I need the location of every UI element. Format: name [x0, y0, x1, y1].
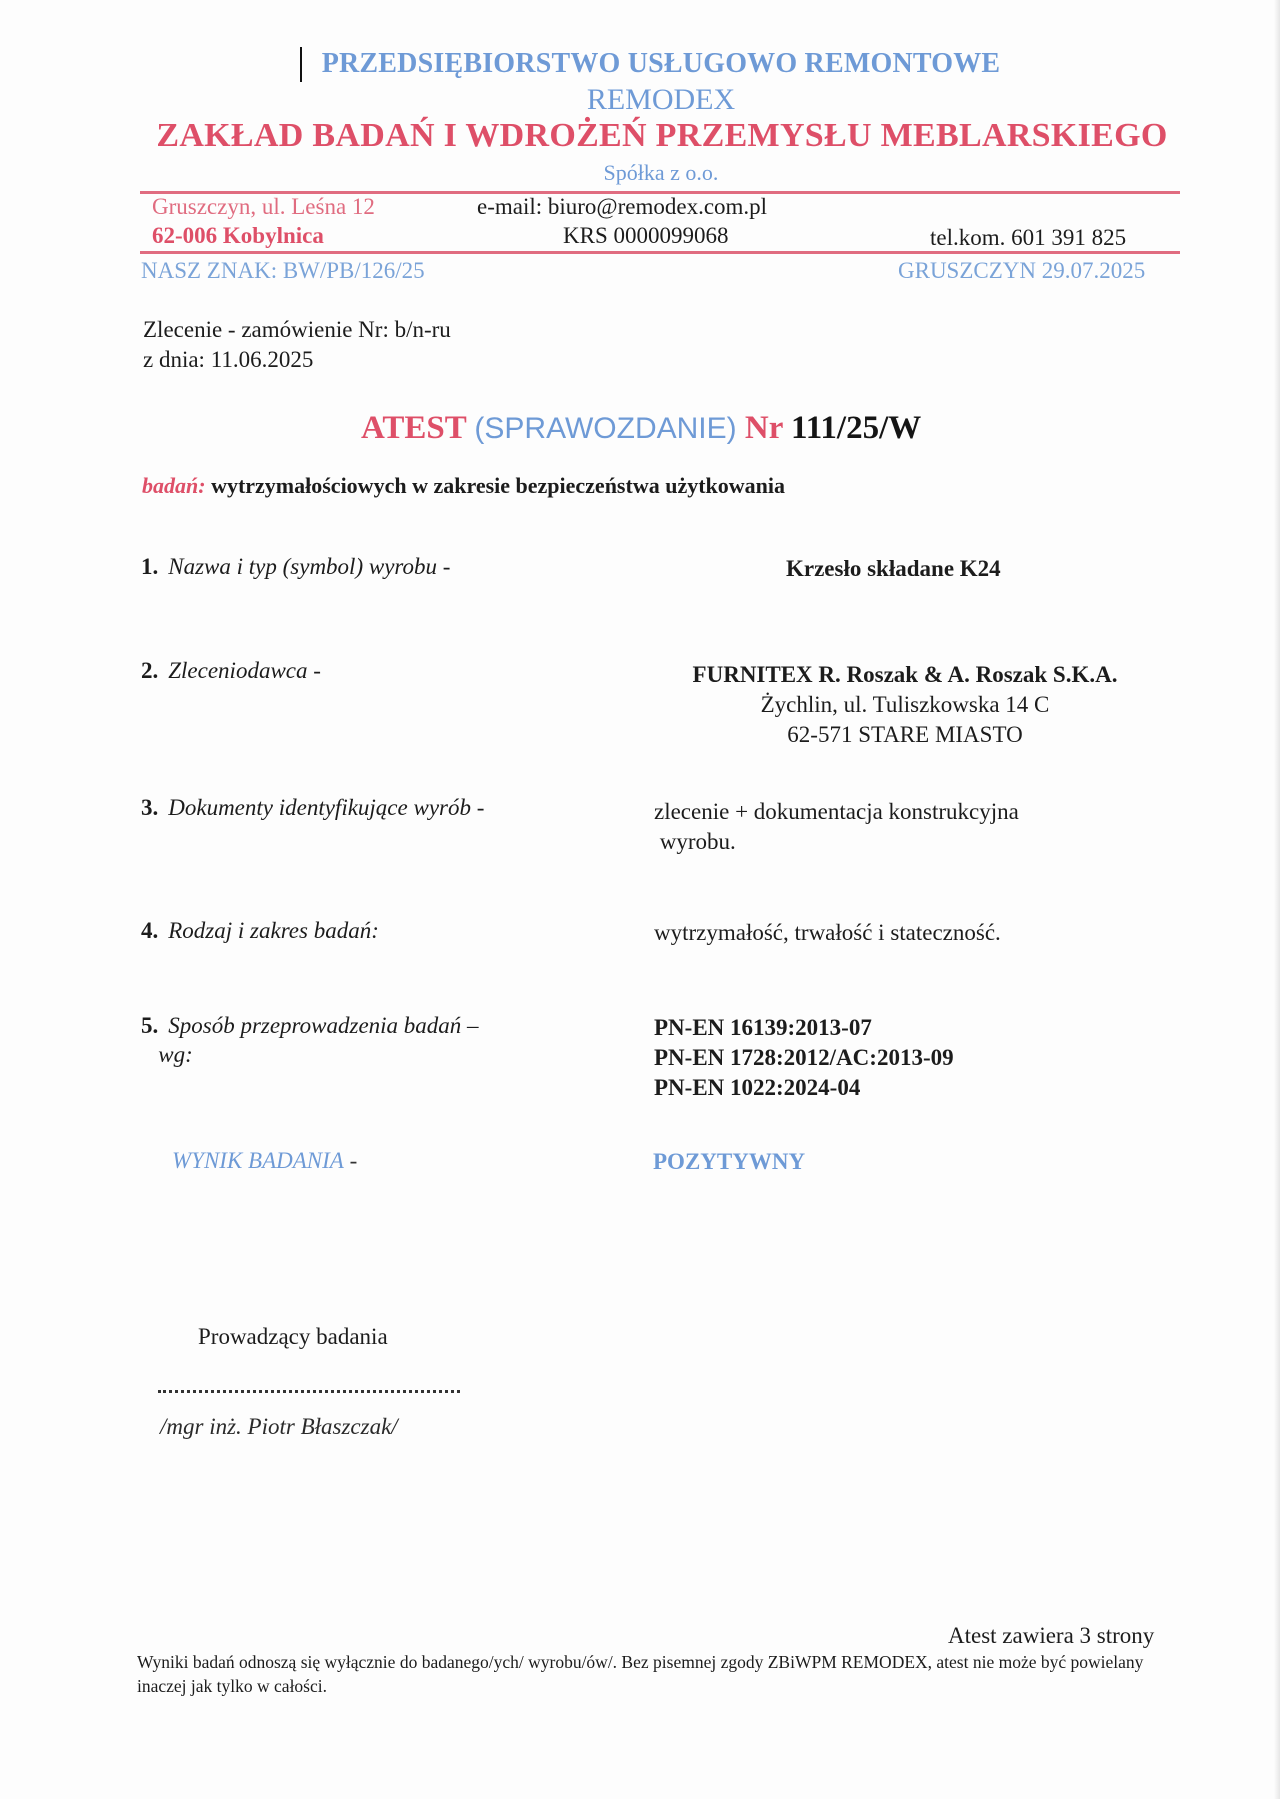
item-number: 4. — [141, 918, 158, 943]
place-date: GRUSZCZYN 29.07.2025 — [898, 258, 1145, 284]
item-label: 5.Sposób przeprowadzenia badań – wg: — [141, 1011, 479, 1069]
document-subtitle: badań: wytrzymałościowych w zakresie bez… — [142, 473, 785, 499]
result-value: POZYTYWNY — [653, 1149, 805, 1175]
item-label-text: Zleceniodawca - — [168, 658, 321, 683]
signature-name: /mgr inż. Piotr Błaszczak/ — [160, 1414, 398, 1440]
standard: PN-EN 16139:2013-07 — [654, 1013, 954, 1043]
signature-role: Prowadzący badania — [198, 1324, 388, 1350]
result-label: WYNIK BADANIA - — [172, 1148, 357, 1174]
order-number: Zlecenie - zamówienie Nr: b/n-ru — [143, 317, 451, 343]
company-type: PRZEDSIĘBIORSTWO USŁUGOWO REMONTOWE — [0, 48, 1280, 80]
krs-number: KRS 0000099068 — [563, 223, 729, 249]
item-label-text: Dokumenty identyfikujące wyrób - — [168, 795, 484, 820]
page-count-note: Atest zawiera 3 strony — [948, 1623, 1154, 1649]
client-block: FURNITEX R. Roszak & A. Roszak S.K.A. Ży… — [600, 660, 1210, 750]
client-address: Żychlin, ul. Tuliszkowska 14 C — [600, 690, 1210, 720]
subtitle-label: badań: — [142, 473, 206, 498]
signature-line — [158, 1390, 460, 1393]
standard: PN-EN 1022:2024-04 — [654, 1073, 954, 1103]
item-label: 2.Zleceniodawca - — [141, 658, 321, 684]
item-number: 1. — [141, 554, 158, 579]
title-report: (SPRAWOZDANIE) — [474, 412, 736, 445]
order-date: z dnia: 11.06.2025 — [143, 347, 313, 373]
standard: PN-EN 1728:2012/AC:2013-09 — [654, 1043, 954, 1073]
header-rule-bottom — [140, 251, 1180, 254]
client-name: FURNITEX R. Roszak & A. Roszak S.K.A. — [600, 660, 1210, 690]
item-label-text: Sposób przeprowadzenia badań – wg: — [141, 1013, 479, 1067]
reference-number: NASZ ZNAK: BW/PB/126/25 — [141, 258, 425, 284]
item-label-text: Nazwa i typ (symbol) wyrobu - — [168, 554, 450, 579]
subtitle-text: wytrzymałościowych w zakresie bezpieczeń… — [211, 473, 785, 498]
contact-phone: tel.kom. 601 391 825 — [930, 225, 1126, 251]
page-edge-shadow — [1274, 0, 1280, 1799]
client-city: 62-571 STARE MIASTO — [600, 720, 1210, 750]
item-number: 3. — [141, 795, 158, 820]
address-city: 62-006 Kobylnica — [152, 223, 324, 249]
identification-documents: zlecenie + dokumentacja konstrukcyjna wy… — [654, 797, 1019, 857]
test-scope: wytrzymałość, trwałość i stateczność. — [654, 920, 1001, 946]
company-name: REMODEX — [0, 83, 1280, 117]
title-atest: ATEST — [361, 410, 466, 446]
test-standards: PN-EN 16139:2013-07 PN-EN 1728:2012/AC:2… — [654, 1013, 954, 1103]
footer-disclaimer: Wyniki badań odnoszą się wyłącznie do ba… — [137, 1650, 1187, 1698]
address-street: Gruszczyn, ul. Leśna 12 — [152, 194, 375, 220]
item-number: 5. — [141, 1013, 158, 1038]
contact-email: e-mail: biuro@remodex.com.pl — [477, 194, 767, 220]
product-name: Krzesło składane K24 — [786, 556, 1001, 582]
item-label: 3.Dokumenty identyfikujące wyrób - — [141, 795, 484, 821]
item-label: 1.Nazwa i typ (symbol) wyrobu - — [141, 554, 450, 580]
title-number: 111/25/W — [791, 410, 921, 446]
item-number: 2. — [141, 658, 158, 683]
company-form: Spółka z o.o. — [0, 160, 1280, 186]
document-title: ATEST (SPRAWOZDANIE) Nr 111/25/W — [361, 410, 921, 447]
title-nr-label: Nr — [745, 410, 783, 446]
lab-name: ZAKŁAD BADAŃ I WDROŻEŃ PRZEMYSŁU MEBLARS… — [152, 117, 1172, 155]
item-label: 4.Rodzaj i zakres badań: — [141, 918, 379, 944]
result-label-text: WYNIK BADANIA — [172, 1148, 344, 1173]
result-dash: - — [344, 1148, 357, 1173]
item-label-text: Rodzaj i zakres badań: — [168, 918, 379, 943]
